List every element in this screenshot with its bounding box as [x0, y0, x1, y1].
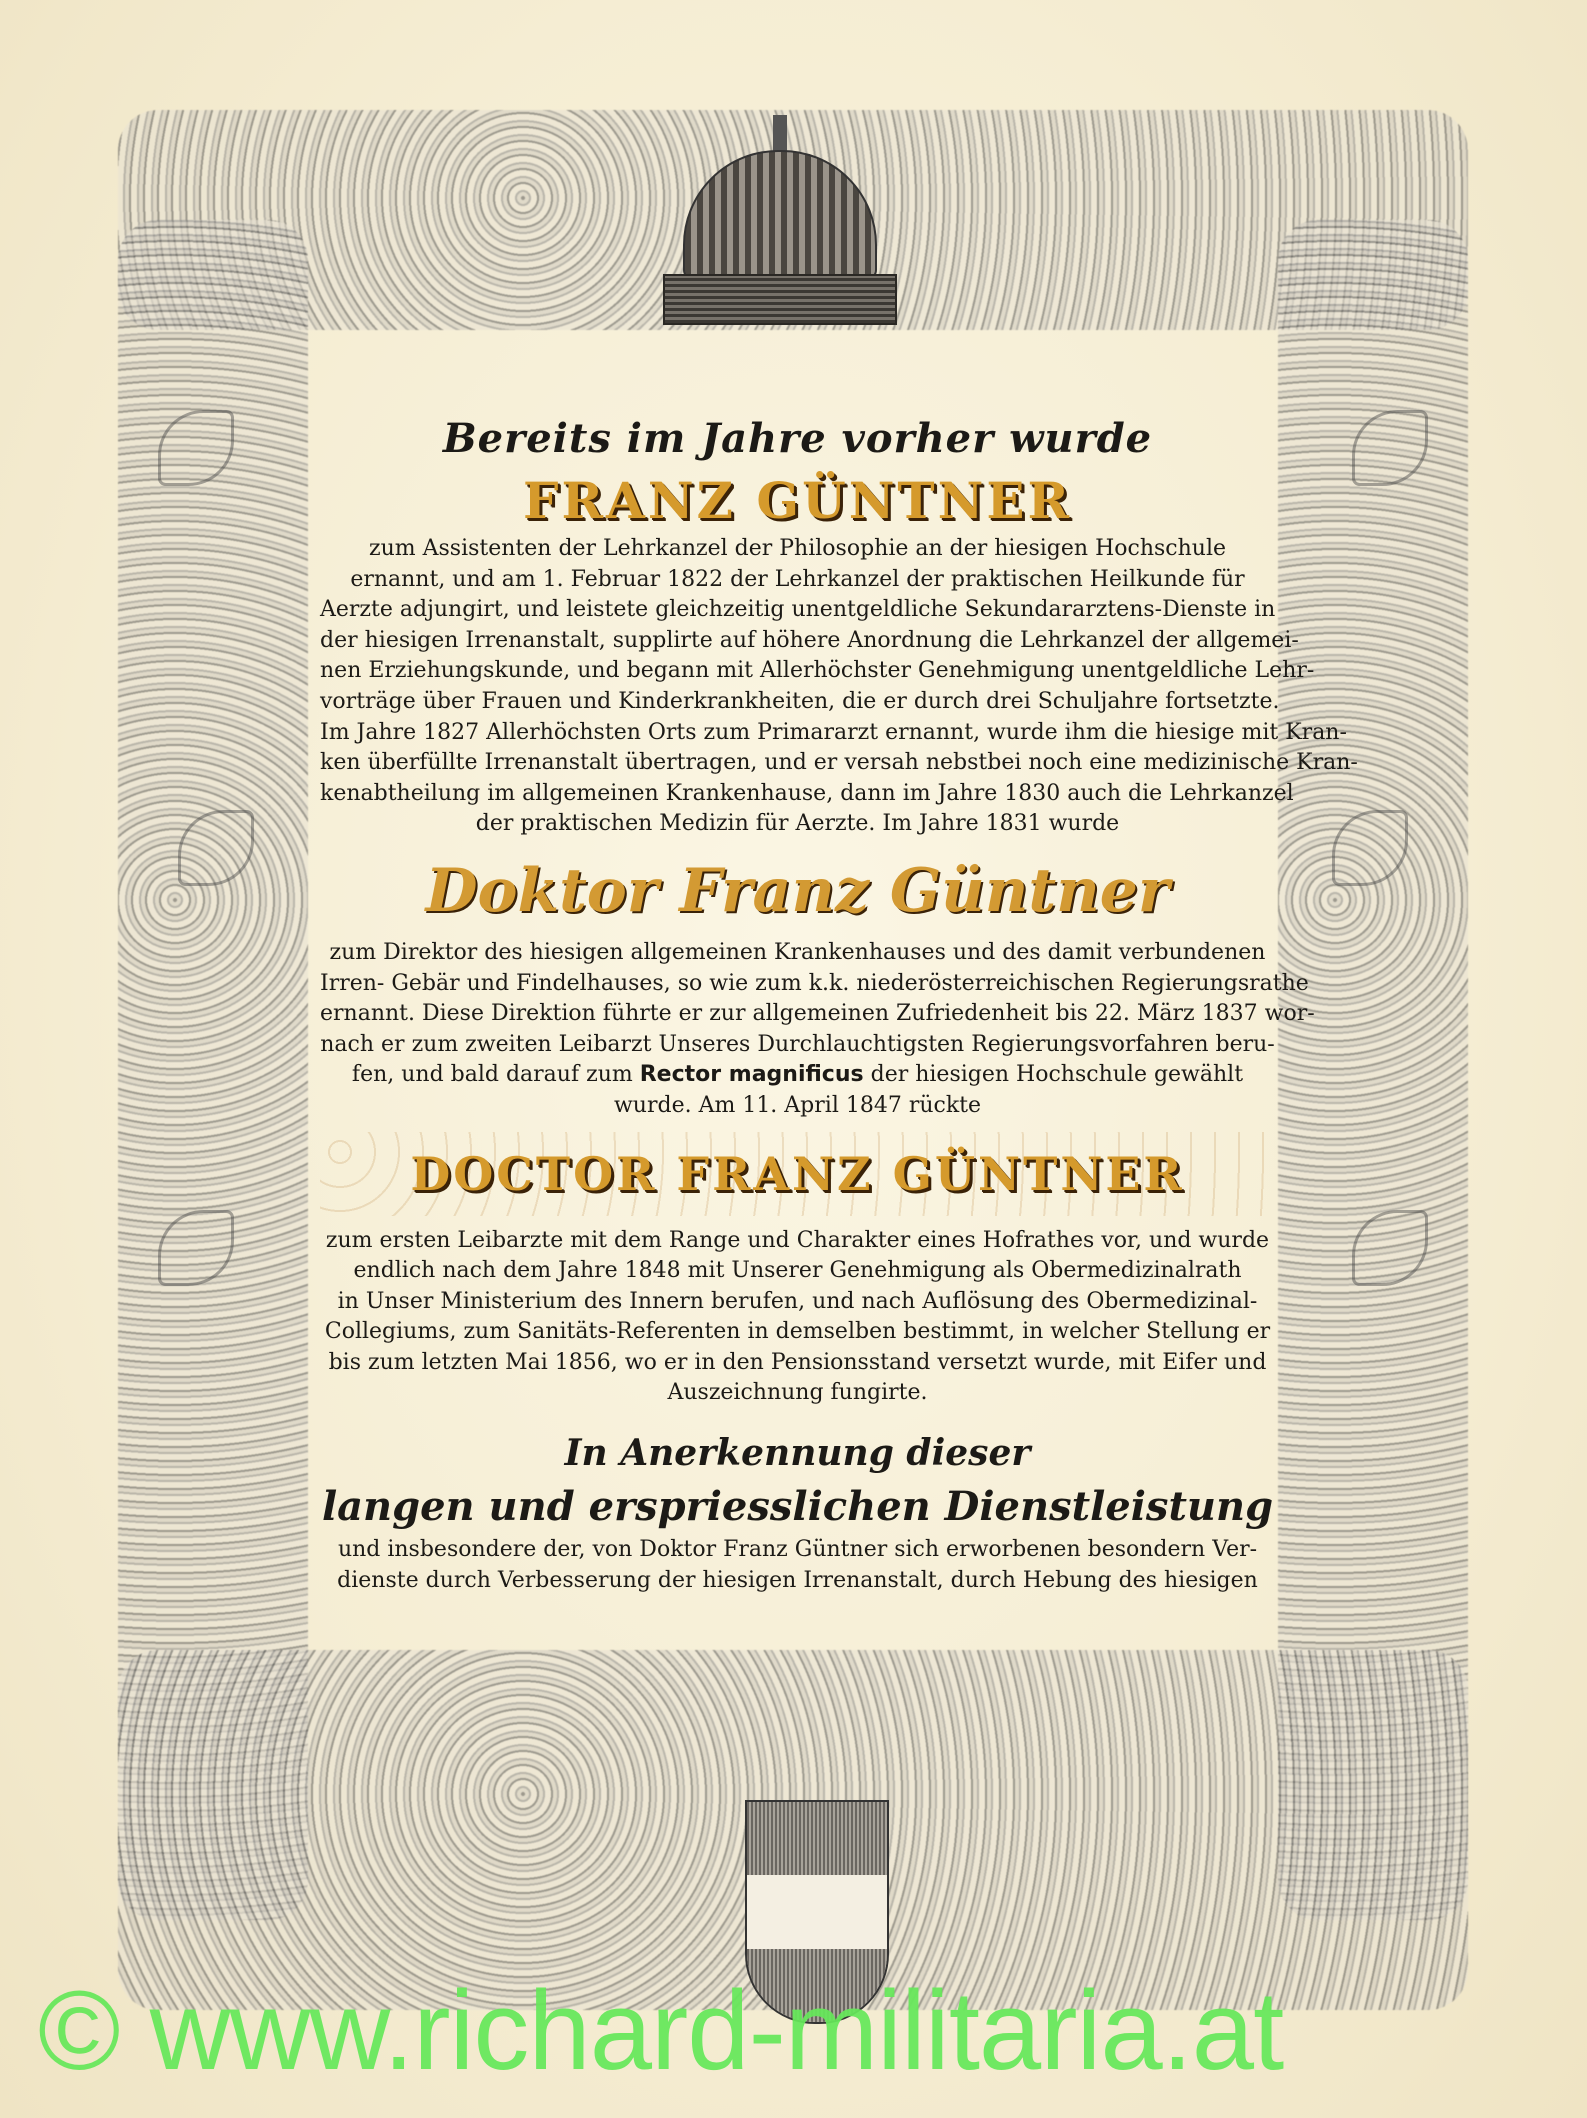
paragraph-4: und insbesondere der, von Doktor Franz G… [320, 1535, 1275, 1596]
imperial-crown-icon [650, 115, 910, 325]
crown-dome [683, 150, 877, 280]
copyright-watermark: © www.richard-militaria.at [38, 1975, 1558, 2087]
name-script: Doktor Franz Güntner [320, 846, 1275, 936]
heading-recognition-2: langen und erspriesslichen Dienstleistun… [320, 1479, 1275, 1535]
heading-intro: Bereits im Jahre vorher wurde [320, 410, 1275, 468]
crown-cross [773, 115, 787, 154]
paragraph-1: zum Assistenten der Lehrkanzel der Philo… [320, 534, 1275, 840]
rector-title: Rector magnificus [640, 1062, 864, 1087]
name-block-1: FRANZ GÜNTNER [320, 468, 1275, 534]
certificate-text: Bereits im Jahre vorher wurde FRANZ GÜNT… [320, 410, 1275, 1596]
paragraph-3: zum ersten Leibarzte mit dem Range und C… [320, 1226, 1275, 1410]
crown-base [663, 274, 897, 325]
name-block-2: DOCTOR FRANZ GÜNTNER [320, 1132, 1275, 1216]
paragraph-2: zum Direktor des hiesigen allgemeinen Kr… [320, 938, 1275, 1122]
heading-recognition-1: In Anerkennung dieser [320, 1427, 1275, 1479]
